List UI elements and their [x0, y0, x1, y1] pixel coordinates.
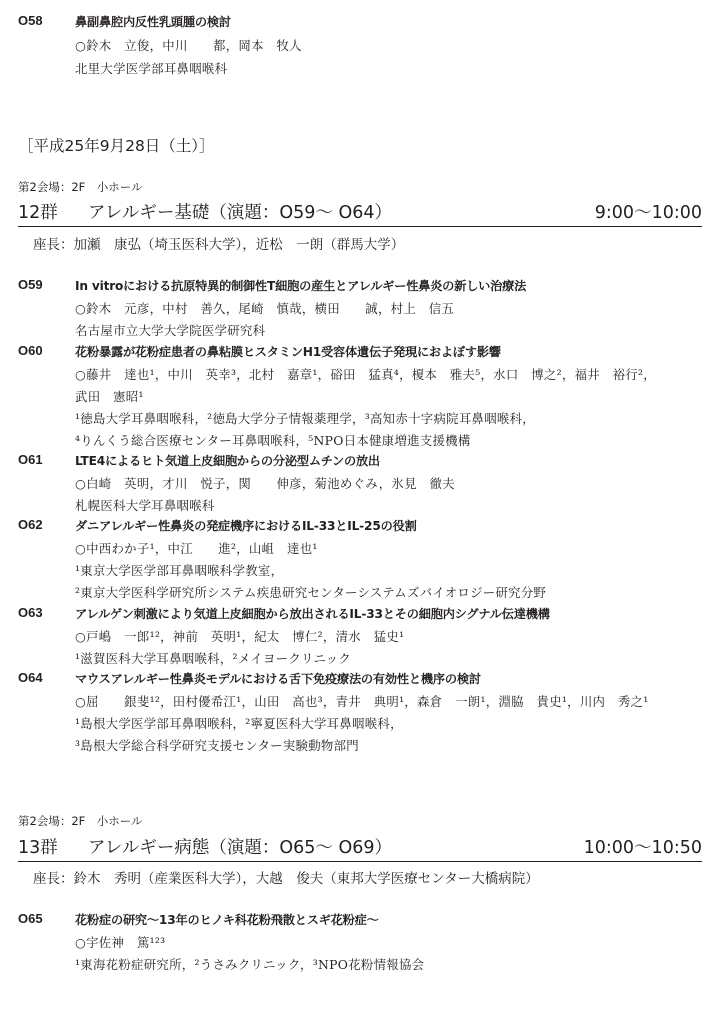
presentation-title: アレルゲン刺激により気道上皮細胞から放出されるIL-33とその細胞内シグナル伝達… — [75, 605, 550, 622]
presentation-title: ダニアレルギー性鼻炎の発症機序におけるIL-33とIL-25の役割 — [75, 517, 417, 534]
presentation-title: In vitroにおける抗原特異的制御性T細胞の産生とアレルギー性鼻炎の新しい治… — [75, 277, 526, 294]
session-chairs: 座長：鈴木 秀明（産業医科大学），大越 俊夫（東邦大学医療センター大橋病院） — [33, 867, 539, 887]
session-divider — [18, 861, 702, 862]
presentation-title: 鼻副鼻腔内反性乳頭腫の検討 — [75, 13, 231, 30]
presentation-affiliation-cont: ²東京大学医科学研究所システム疾患研究センターシステムズバイオロジー研究分野 — [75, 583, 546, 601]
presentation-authors: ○戸嶋 一郎¹²，神前 英明¹，紀太 博仁²，清水 猛史¹ — [75, 627, 404, 645]
presentation-affiliation: ¹東海花粉症研究所，²うさみクリニック，³NPO花粉情報協会 — [75, 955, 424, 973]
presentation-affiliation: 北里大学医学部耳鼻咽喉科 — [75, 59, 227, 77]
presentation-id: O62 — [18, 517, 43, 532]
presentation-id: O61 — [18, 452, 43, 467]
presentation-id: O64 — [18, 670, 43, 685]
session-time: 9:00～10:00 — [595, 199, 702, 224]
presentation-authors: ○宇佐神 篤¹²³ — [75, 933, 165, 951]
session-chairs: 座長：加瀬 康弘（埼玉医科大学），近松 一朗（群馬大学） — [33, 233, 404, 253]
presentation-title: 花粉症の研究～13年のヒノキ科花粉飛散とスギ花粉症～ — [75, 911, 379, 928]
presentation-title: 花粉暴露が花粉症患者の鼻粘膜ヒスタミンH1受容体遺伝子発現におよぼす影響 — [75, 343, 501, 360]
presentation-affiliation: ¹東京大学医学部耳鼻咽喉科学教室， — [75, 561, 283, 579]
session-divider — [18, 226, 702, 227]
presentation-authors: ○中西わか子¹，中江 進²，山岨 達也¹ — [75, 539, 318, 557]
session-header: 12群 アレルギー基礎（演題：O59～ O64） 9:00～10:00 — [18, 199, 702, 223]
presentation-affiliation-cont: ⁴りんくう総合医療センター耳鼻咽喉科，⁵NPO日本健康増進支援機構 — [75, 431, 471, 449]
presentation-id: O58 — [18, 13, 43, 28]
session-group: 13群 — [18, 834, 58, 859]
presentation-affiliation: 札幌医科大学耳鼻咽喉科 — [75, 496, 215, 514]
presentation-affiliation-cont: ³島根大学総合科学研究支援センター実験動物部門 — [75, 736, 359, 754]
session-venue: 第2会場：2F 小ホール — [18, 179, 143, 195]
presentation-id: O65 — [18, 911, 43, 926]
session-group: 12群 — [18, 199, 58, 224]
presentation-id: O60 — [18, 343, 43, 358]
presentation-authors-cont: 武田 憲昭¹ — [75, 387, 144, 405]
presentation-title: マウスアレルギー性鼻炎モデルにおける舌下免疫療法の有効性と機序の検討 — [75, 670, 481, 687]
session-name: アレルギー病態（演題：O65～ O69） — [88, 834, 392, 859]
presentation-authors: ○白崎 英明，才川 悦子，関 伸彦，菊池めぐみ，氷見 徹夫 — [75, 474, 455, 492]
presentation-id: O63 — [18, 605, 43, 620]
presentation-authors: ○鈴木 元彦，中村 善久，尾崎 慎哉，横田 誠，村上 信五 — [75, 299, 454, 317]
presentation-id: O59 — [18, 277, 43, 292]
presentation-authors: ○藤井 達也¹，中川 英幸³，北村 嘉章¹，硲田 猛真⁴，榎本 雅夫⁵，水口 博… — [75, 365, 656, 383]
presentation-title: LTE4によるヒト気道上皮細胞からの分泌型ムチンの放出 — [75, 452, 380, 469]
session-header: 13群 アレルギー病態（演題：O65～ O69） 10:00～10:50 — [18, 834, 702, 858]
session-name: アレルギー基礎（演題：O59～ O64） — [88, 199, 392, 224]
date-header: ［平成25年9月28日（土）］ — [18, 134, 215, 156]
presentation-affiliation: ¹徳島大学耳鼻咽喉科，²徳島大学分子情報薬理学，³高知赤十字病院耳鼻咽喉科， — [75, 409, 535, 427]
presentation-authors: ○屈 銀斐¹²，田村優希江¹，山田 高也³，青井 典明¹，森倉 一朗¹，淵脇 貴… — [75, 692, 649, 710]
presentation-affiliation: ¹滋賀医科大学耳鼻咽喉科，²メイヨークリニック — [75, 649, 351, 667]
session-venue: 第2会場：2F 小ホール — [18, 813, 143, 829]
presentation-affiliation: 名古屋市立大学大学院医学研究科 — [75, 321, 265, 339]
presentation-authors: ○鈴木 立俊，中川 都，岡本 牧人 — [75, 36, 302, 54]
presentation-affiliation: ¹島根大学医学部耳鼻咽喉科，²寧夏医科大学耳鼻咽喉科， — [75, 714, 403, 732]
session-time: 10:00～10:50 — [584, 834, 702, 859]
